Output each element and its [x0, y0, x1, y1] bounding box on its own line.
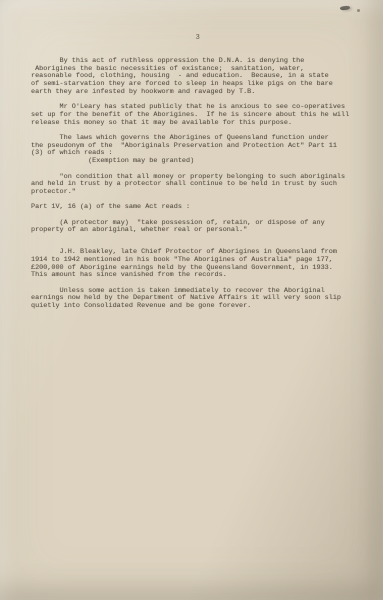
document-page: 3 By this act of ruthless oppression the…	[0, 0, 383, 600]
ink-dot	[357, 9, 360, 12]
ink-smudge	[340, 5, 350, 10]
paragraph: Part 1V, 16 (a) of the same Act reads :	[31, 204, 371, 212]
paragraph: J.H. Bleakley, late Chief Protector of A…	[31, 249, 371, 280]
paragraph: Unless some action is taken immediately …	[31, 288, 371, 311]
page-number: 3	[31, 34, 365, 42]
paragraph: Mr O'Leary has stated publicly that he i…	[31, 104, 371, 127]
paragraph: "on condition that all money or property…	[31, 174, 371, 197]
paragraph: By this act of ruthless oppression the D…	[31, 58, 371, 97]
paragraph: The laws which governs the Aborigines of…	[31, 135, 371, 166]
paragraph: (A protector may) "take possession of, r…	[31, 220, 371, 235]
document-body: By this act of ruthless oppression the D…	[31, 58, 371, 318]
